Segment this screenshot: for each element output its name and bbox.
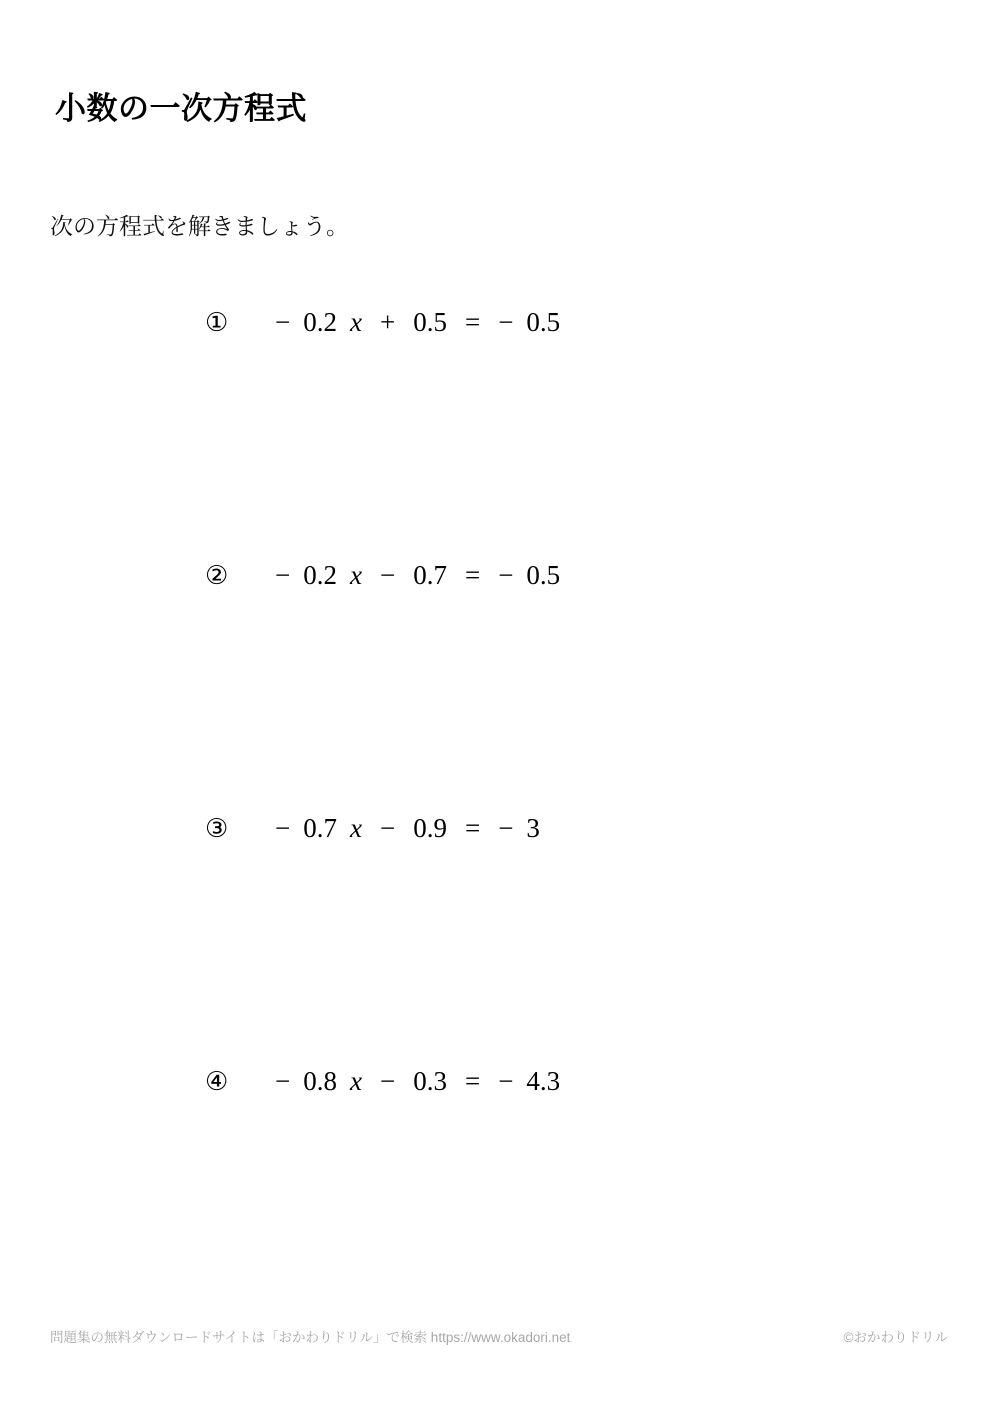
equation-token: +	[380, 307, 395, 338]
equation: −0.2x+0.5=−0.5	[275, 307, 560, 338]
equation-token: −	[275, 307, 290, 338]
equation-token: 0.8	[303, 1066, 337, 1097]
equation: −0.7x−0.9=−3	[275, 813, 540, 844]
equation-token: −	[498, 813, 513, 844]
equation-token: 0.2	[303, 560, 337, 591]
equation-token: −	[380, 813, 395, 844]
equation-token: −	[275, 813, 290, 844]
equation-token: 0.5	[413, 307, 447, 338]
equation-token: 0.7	[413, 560, 447, 591]
equation-token: −	[498, 1066, 513, 1097]
footer-site-note: 問題集の無料ダウンロードサイトは「おかわりドリル」で検索 https://www…	[50, 1326, 570, 1346]
problem-row: ①−0.2x+0.5=−0.5	[205, 307, 560, 338]
footer-copyright: ©おかわりドリル	[844, 1326, 948, 1346]
equation-token: =	[465, 560, 480, 591]
equation-token: −	[498, 560, 513, 591]
equation: −0.2x−0.7=−0.5	[275, 560, 560, 591]
equation-token: −	[498, 307, 513, 338]
equation-token: −	[380, 1066, 395, 1097]
equation-token: 0.5	[526, 560, 560, 591]
equation-token: 0.9	[413, 813, 447, 844]
equation-token: 4.3	[526, 1066, 560, 1097]
problem-number: ③	[205, 814, 275, 844]
equation-token: 0.3	[413, 1066, 447, 1097]
equation-variable: x	[350, 307, 362, 338]
page-title: 小数の一次方程式	[55, 83, 307, 128]
page-footer: 問題集の無料ダウンロードサイトは「おかわりドリル」で検索 https://www…	[50, 1326, 948, 1346]
equation-token: −	[275, 1066, 290, 1097]
equation-token: 0.7	[303, 813, 337, 844]
instruction-text: 次の方程式を解きましょう。	[50, 208, 349, 241]
equation: −0.8x−0.3=−4.3	[275, 1066, 560, 1097]
equation-token: =	[465, 1066, 480, 1097]
equation-variable: x	[350, 813, 362, 844]
equation-token: −	[275, 560, 290, 591]
problem-row: ④−0.8x−0.3=−4.3	[205, 1066, 560, 1097]
problem-number: ④	[205, 1067, 275, 1097]
equation-variable: x	[350, 560, 362, 591]
problem-row: ③−0.7x−0.9=−3	[205, 813, 540, 844]
equation-token: =	[465, 813, 480, 844]
problem-number: ①	[205, 308, 275, 338]
equation-token: 0.5	[526, 307, 560, 338]
equation-token: 3	[526, 813, 540, 844]
equation-variable: x	[350, 1066, 362, 1097]
equation-token: −	[380, 560, 395, 591]
problem-row: ②−0.2x−0.7=−0.5	[205, 560, 560, 591]
equation-token: 0.2	[303, 307, 337, 338]
equation-token: =	[465, 307, 480, 338]
problem-number: ②	[205, 561, 275, 591]
